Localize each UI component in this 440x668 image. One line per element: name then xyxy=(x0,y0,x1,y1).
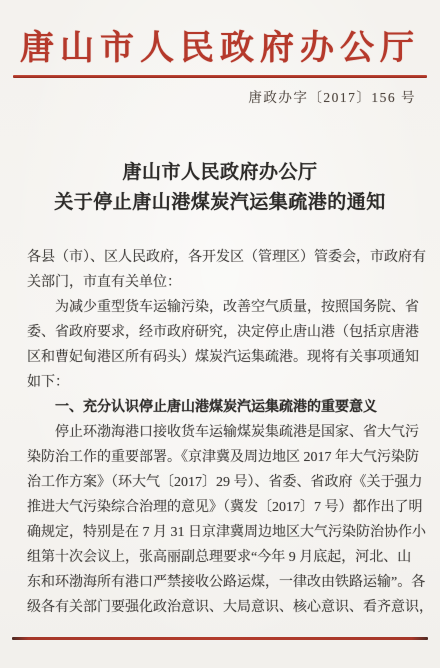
letterhead-org-name: 唐山市人民政府办公厅 xyxy=(0,20,440,69)
body-line: 如下： xyxy=(27,370,419,395)
body-line: 级各有关部门要强化政治意识、大局意识、核心意识、看齐意识， xyxy=(27,595,419,620)
body-line: 确规定，特别是在 7 月 31 日京津冀周边地区大气污染防治协作小 xyxy=(27,520,419,545)
body-text: 各县（市）、区人民政府，各开发区（管理区）管委会，市政府有 关部门，市直有关单位… xyxy=(27,245,419,620)
letterhead-rule xyxy=(13,75,427,78)
doc-title: 唐山市人民政府办公厅 关于停止唐山港煤炭汽运集疏港的通知 xyxy=(0,158,440,218)
body-line: 停止环渤海港口接收货车运输煤炭集疏港是国家、省大气污 xyxy=(27,420,419,445)
body-section-heading: 一、充分认识停止唐山港煤炭汽运集疏港的重要意义 xyxy=(27,395,419,420)
body-line: 染防治工作的重要部署。《京津冀及周边地区 2017 年大气污染防 xyxy=(27,445,419,470)
body-line: 组第十次会议上，张高丽副总理要求“今年 9 月底起，河北、山 xyxy=(27,545,419,570)
body-line: 各县（市）、区人民政府，各开发区（管理区）管委会，市政府有 xyxy=(27,245,419,270)
footer-rule xyxy=(12,637,428,640)
body-line: 推进大气污染综合治理的意见》（冀发〔2017〕7 号）都作出了明 xyxy=(27,495,419,520)
doc-number: 唐政办字〔2017〕156 号 xyxy=(248,86,416,106)
body-line: 治工作方案》（环大气〔2017〕29 号）、省委、省政府《关于强力 xyxy=(27,470,419,495)
body-line: 委、省政府要求，经市政府研究，决定停止唐山港（包括京唐港 xyxy=(27,320,419,345)
body-line: 区和曹妃甸港区所有码头）煤炭汽运集疏港。现将有关事项通知 xyxy=(27,345,419,370)
document-page: 唐山市人民政府办公厅 唐政办字〔2017〕156 号 唐山市人民政府办公厅 关于… xyxy=(0,0,440,668)
body-line: 关部门，市直有关单位： xyxy=(27,270,419,295)
body-line: 东和环渤海所有港口严禁接收公路运煤，一律改由铁路运输”。各 xyxy=(27,570,419,595)
doc-title-line2: 关于停止唐山港煤炭汽运集疏港的通知 xyxy=(0,188,440,218)
doc-title-line1: 唐山市人民政府办公厅 xyxy=(0,158,440,188)
body-line: 为减少重型货车运输污染，改善空气质量，按照国务院、省 xyxy=(27,295,419,320)
